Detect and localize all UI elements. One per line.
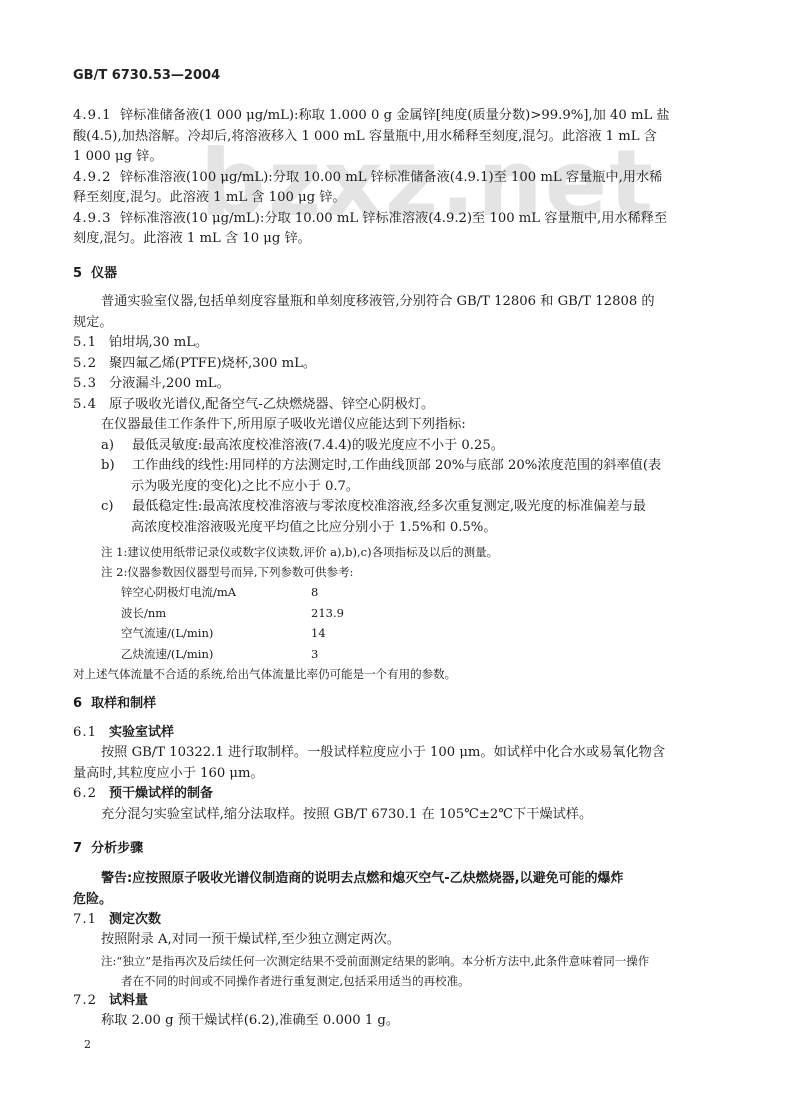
clause-text: 酸(4.5),加热溶解。冷却后,将溶液移入 1 000 mL 容量瓶中,用水稀释… bbox=[73, 127, 733, 148]
clause-text: 1 000 μg 锌。 bbox=[73, 147, 733, 168]
item-5-1: 5.1铂坩埚,30 mL。 bbox=[73, 333, 733, 354]
item-5-2: 5.2聚四氟乙烯(PTFE)烧杯,300 mL。 bbox=[73, 354, 733, 375]
subsection-7-1-note-cont: 者在不同的时间或不同操作者进行重复测定,包括采用适当的再校准。 bbox=[73, 971, 733, 991]
section-5-intro: 普通实验室仪器,包括单刻度容量瓶和单刻度移液管,分别符合 GB/T 12806 … bbox=[73, 292, 733, 313]
subsection-6-1-text: 量高时,其粒度应小于 160 μm。 bbox=[73, 764, 733, 785]
subsection-7-1-text: 按照附录 A,对同一预干燥试样,至少独立测定两次。 bbox=[73, 930, 733, 951]
clause-text: 释至刻度,混匀。此溶液 1 mL 含 100 μg 锌。 bbox=[73, 188, 733, 209]
clause-number: 4.9.3 bbox=[73, 209, 112, 230]
criterion-c-cont: 高浓度校准溶液吸光度平均值之比应分别小于 1.5%和 0.5%。 bbox=[73, 518, 733, 539]
param-row: 乙炔流速/(L/min)3 bbox=[73, 644, 733, 665]
param-row: 波长/nm213.9 bbox=[73, 603, 733, 624]
warning-text: 警告:应按照原子吸收光谱仪制造商的说明去点燃和熄灭空气-乙炔燃烧器,以避免可能的… bbox=[73, 868, 733, 889]
subsection-7-1-heading: 7.1测定次数 bbox=[73, 910, 733, 931]
page-content: 4.9.1 锌标准储备液(1 000 μg/mL):称取 1.000 0 g 金… bbox=[73, 106, 733, 1032]
clause-4-9-1: 4.9.1 锌标准储备液(1 000 μg/mL):称取 1.000 0 g 金… bbox=[73, 106, 733, 168]
section-6-heading: 6 取样和制样 bbox=[73, 694, 733, 715]
criterion-a: a) 最低灵敏度:最高浓度校准溶液(7.4.4)的吸光度应不小于 0.25。 bbox=[73, 436, 733, 457]
note-1: 注 1:建议使用纸带记录仪或数字仪读数,评价 a),b),c)各项指标及以后的测… bbox=[73, 542, 733, 562]
section-7-heading: 7 分析步骤 bbox=[73, 839, 733, 860]
clause-text: 锌标准溶液(10 μg/mL):分取 10.00 mL 锌标准溶液(4.9.2)… bbox=[120, 211, 667, 226]
subsection-6-2-heading: 6.2预干燥试样的制备 bbox=[73, 784, 733, 805]
subsection-6-2-text: 充分混匀实验室试样,缩分法取样。按照 GB/T 6730.1 在 105℃±2℃… bbox=[73, 805, 733, 826]
clause-text: 刻度,混匀。此溶液 1 mL 含 10 μg 锌。 bbox=[73, 229, 733, 250]
criterion-c: c) 最低稳定性:最高浓度校准溶液与零浓度校准溶液,经多次重复测定,吸光度的标准… bbox=[73, 497, 733, 518]
warning-text: 危险。 bbox=[73, 889, 733, 910]
page-number: 2 bbox=[84, 1038, 91, 1051]
clause-4-9-3: 4.9.3 锌标准溶液(10 μg/mL):分取 10.00 mL 锌标准溶液(… bbox=[73, 209, 733, 250]
clause-text: 锌标准溶液(100 μg/mL):分取 10.00 mL 锌标准储备液(4.9.… bbox=[120, 170, 662, 185]
subsection-7-2-text: 称取 2.00 g 预干燥试样(6.2),准确至 0.000 1 g。 bbox=[73, 1011, 733, 1032]
instrument-params-table: 锌空心阴极灯电流/mA8 波长/nm213.9 空气流速/(L/min)14 乙… bbox=[73, 582, 733, 664]
document-page: bzxz.net GB/T 6730.53—2004 4.9.1 锌标准储备液(… bbox=[0, 0, 800, 1112]
subsection-7-1-note: 注:“独立”是指再次及后续任何一次测定结果不受前面测定结果的影响。本分析方法中,… bbox=[73, 951, 733, 971]
section-title: 仪器 bbox=[91, 266, 117, 281]
subsection-6-1-heading: 6.1实验室试样 bbox=[73, 723, 733, 744]
subsection-7-2-heading: 7.2试料量 bbox=[73, 991, 733, 1012]
section-5-heading: 5 仪器 bbox=[73, 264, 733, 285]
clause-4-9-2: 4.9.2 锌标准溶液(100 μg/mL):分取 10.00 mL 锌标准储备… bbox=[73, 168, 733, 209]
param-row: 锌空心阴极灯电流/mA8 bbox=[73, 582, 733, 603]
clause-number: 4.9.2 bbox=[73, 168, 112, 189]
note-closing: 对上述气体流量不合适的系统,给出气体流量比率仍可能是一个有用的参数。 bbox=[73, 664, 733, 684]
subsection-6-1-text: 按照 GB/T 10322.1 进行取制样。一般试样粒度应小于 100 μm。如… bbox=[73, 743, 733, 764]
criterion-b: b) 工作曲线的线性:用同样的方法测定时,工作曲线顶部 20%与底部 20%浓度… bbox=[73, 456, 733, 477]
note-2: 注 2:仪器参数因仪器型号而异,下列参数可供参考: bbox=[73, 562, 733, 582]
item-5-4: 5.4原子吸收光谱仪,配备空气-乙炔燃烧器、锌空心阴极灯。 bbox=[73, 395, 733, 416]
item-5-3: 5.3分液漏斗,200 mL。 bbox=[73, 374, 733, 395]
clause-number: 4.9.1 bbox=[73, 106, 112, 127]
clause-text: 锌标准储备液(1 000 μg/mL):称取 1.000 0 g 金属锌[纯度(… bbox=[120, 108, 670, 123]
standard-number-header: GB/T 6730.53—2004 bbox=[73, 68, 220, 83]
section-5-intro: 规定。 bbox=[73, 313, 733, 334]
section-number: 5 bbox=[73, 266, 82, 281]
criteria-intro: 在仪器最佳工作条件下,所用原子吸收光谱仪应能达到下列指标: bbox=[73, 415, 733, 436]
param-row: 空气流速/(L/min)14 bbox=[73, 623, 733, 644]
criterion-b-cont: 示为吸光度的变化)之比不应小于 0.7。 bbox=[73, 477, 733, 498]
